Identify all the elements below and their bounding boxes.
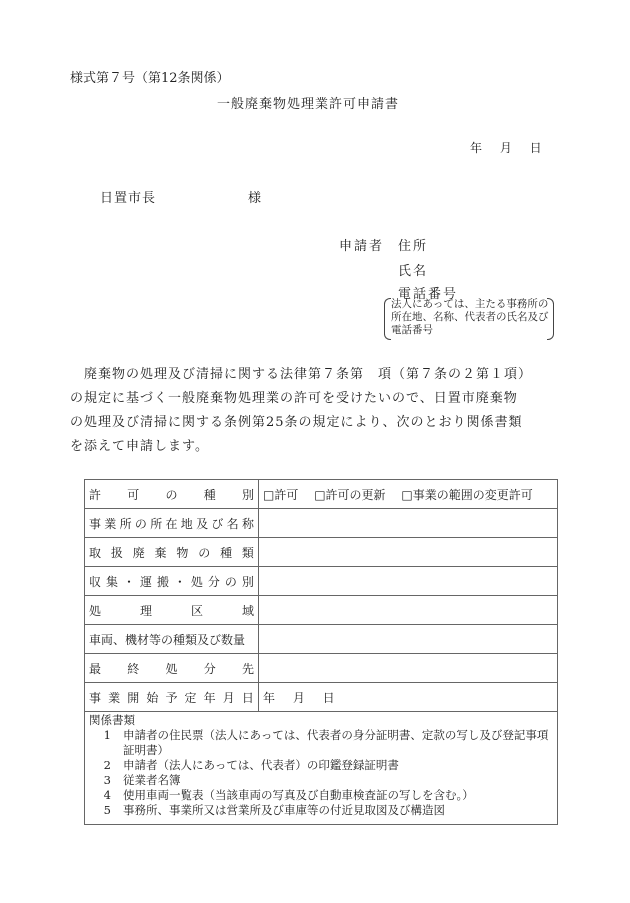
applicant-address-label: 住所 xyxy=(398,235,428,254)
row-label: 許可の種別 xyxy=(85,480,259,509)
table-row-permit-type: 許可の種別 □許可 □許可の更新 □事業の範囲の変更許可 xyxy=(85,480,558,509)
document-item: 5 事務所、事業所又は営業所及び車庫等の付近見取図及び構造図 xyxy=(89,803,553,818)
document-item: 4 使用車両一覧表（当該車両の写真及び自動車検査証の写しを含む。） xyxy=(89,788,553,803)
document-item: 3 従業者名簿 xyxy=(89,773,553,788)
statement-line: の規定に基づく一般廃棄物処理業の許可を受けたいので、日置市廃棄物 xyxy=(70,387,560,411)
row-label: 取扱廃棄物の種類 xyxy=(85,538,259,567)
document-item: 1 申請者の住民票（法人にあっては、代表者の身分証明書、定款の写し及び登記事項証… xyxy=(89,728,553,758)
business-location-field[interactable] xyxy=(259,509,558,538)
table-row: 最終処分先 xyxy=(85,654,558,683)
final-disposal-field[interactable] xyxy=(259,654,558,683)
table-row: 収集・運搬・処分の別 xyxy=(85,567,558,596)
statement-line: を添えて申請します。 xyxy=(70,435,560,459)
applicant-name-label: 氏名 xyxy=(398,260,428,279)
document-title: 一般廃棄物処理業許可申請書 xyxy=(217,93,399,112)
table-row: 事業所の所在地及び名称 xyxy=(85,509,558,538)
collection-type-field[interactable] xyxy=(259,567,558,596)
form-number: 様式第７号（第12条関係） xyxy=(70,67,230,86)
row-label: 収集・運搬・処分の別 xyxy=(85,567,259,596)
application-date: 年 月 日 xyxy=(470,139,542,156)
table-row: 車両、機材等の種類及び数量 xyxy=(85,625,558,654)
table-row: 事業開始予定年月日 年 月 日 xyxy=(85,683,558,712)
row-label: 最終処分先 xyxy=(85,654,259,683)
start-date-field[interactable]: 年 月 日 xyxy=(259,683,558,712)
row-label: 事業開始予定年月日 xyxy=(85,683,259,712)
permit-option-scope-change[interactable]: □事業の範囲の変更許可 xyxy=(401,488,532,502)
waste-type-field[interactable] xyxy=(259,538,558,567)
vehicles-equipment-field[interactable] xyxy=(259,625,558,654)
row-label: 事業所の所在地及び名称 xyxy=(85,509,259,538)
statement-line: 廃棄物の処理及び清掃に関する法律第７条第 項（第７条の２第１項） xyxy=(70,363,560,387)
row-label: 処理区域 xyxy=(85,596,259,625)
permit-type-options: □許可 □許可の更新 □事業の範囲の変更許可 xyxy=(259,480,558,509)
right-bracket-icon xyxy=(547,298,554,340)
table-row: 取扱廃棄物の種類 xyxy=(85,538,558,567)
related-documents: 関係書類 1 申請者の住民票（法人にあっては、代表者の身分証明書、定款の写し及び… xyxy=(85,712,558,825)
addressee-honorific: 様 xyxy=(248,187,261,206)
documents-heading: 関係書類 xyxy=(89,713,553,728)
table-row-documents: 関係書類 1 申請者の住民票（法人にあっては、代表者の身分証明書、定款の写し及び… xyxy=(85,712,558,825)
applicant-label: 申請者 xyxy=(339,235,384,254)
application-statement: 廃棄物の処理及び清掃に関する法律第７条第 項（第７条の２第１項） の規定に基づく… xyxy=(70,363,560,459)
addressee-name: 日置市長 xyxy=(100,187,156,206)
permit-option-new[interactable]: □許可 xyxy=(263,488,298,502)
permit-option-renewal[interactable]: □許可の更新 xyxy=(314,488,385,502)
application-table: 許可の種別 □許可 □許可の更新 □事業の範囲の変更許可 事業所の所在地及び名称… xyxy=(84,479,558,825)
statement-line: の処理及び清掃に関する条例第25条の規定により、次のとおり関係書類 xyxy=(70,411,560,435)
table-row: 処理区域 xyxy=(85,596,558,625)
applicant-note-text: 法人にあっては、主たる事務所の所在地、名称、代表者の氏名及び電話番号 xyxy=(391,298,551,337)
applicant-note: 法人にあっては、主たる事務所の所在地、名称、代表者の氏名及び電話番号 xyxy=(384,298,554,340)
document-item: 2 申請者（法人にあっては、代表者）の印鑑登録証明書 xyxy=(89,758,553,773)
service-area-field[interactable] xyxy=(259,596,558,625)
left-bracket-icon xyxy=(384,298,391,340)
row-label: 車両、機材等の種類及び数量 xyxy=(85,625,259,654)
